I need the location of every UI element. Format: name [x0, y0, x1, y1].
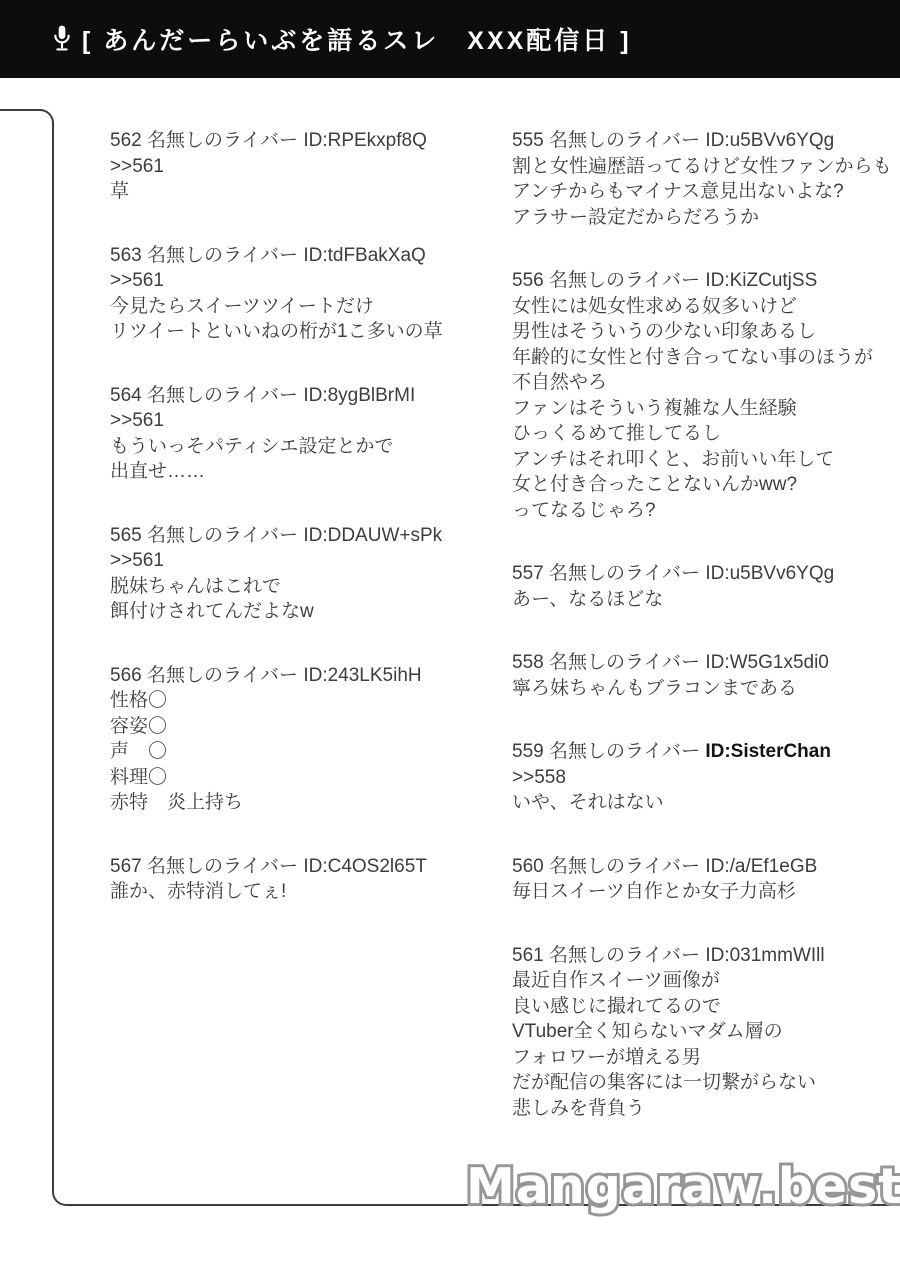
- post-556: 556 名無しのライバー ID:KiZCutjSS 女性には処女性求める奴多いけ…: [512, 268, 897, 523]
- post-line: いや、それはない: [512, 790, 897, 816]
- post-line: 草: [110, 179, 495, 205]
- post-id: ID:/a/Ef1eGB: [705, 856, 817, 877]
- post-line: 脱妹ちゃんはこれで: [110, 574, 495, 600]
- post-body: 女性には処女性求める奴多いけど男性はそういうの少ない印象あるし年齢的に女性と付き…: [512, 294, 897, 524]
- post-558: 558 名無しのライバー ID:W5G1x5di0 寧ろ妹ちゃんもブラコンまであ…: [512, 650, 897, 701]
- post-body: あー、なるほどな: [512, 587, 897, 613]
- post-line: 年齢的に女性と付き合ってない事のほうが: [512, 345, 897, 371]
- post-header: 564 名無しのライバー ID:8ygBlBrMI: [110, 383, 495, 409]
- post-id: ID:DDAUW+sPk: [303, 525, 442, 546]
- post-id: ID:031mmWIll: [705, 945, 824, 966]
- post-number: 555: [512, 130, 544, 151]
- post-567: 567 名無しのライバー ID:C4OS2l65T 誰か、赤特消してぇ!: [110, 854, 495, 905]
- post-body: >>561草: [110, 154, 495, 205]
- post-number: 558: [512, 652, 544, 673]
- post-line: アンチはそれ叩くと、お前いい年して: [512, 447, 897, 473]
- site-watermark: Mangaraw.best: [466, 1158, 900, 1215]
- post-author-name: 名無しのライバー: [549, 945, 700, 966]
- post-line: 毎日スイーツ自作とか女子力高杉: [512, 879, 897, 905]
- post-header: 562 名無しのライバー ID:RPEkxpf8Q: [110, 128, 495, 154]
- post-line: アラサー設定だからだろうか: [512, 205, 897, 231]
- post-number: 561: [512, 945, 544, 966]
- post-564: 564 名無しのライバー ID:8ygBlBrMI >>561もういっそパティシ…: [110, 383, 495, 485]
- post-line: ってなるじゃろ?: [512, 498, 897, 524]
- post-line: 餌付けされてんだよなw: [110, 599, 495, 625]
- post-number: 560: [512, 856, 544, 877]
- panel-border-top: [0, 109, 54, 149]
- post-id: ID:u5BVv6YQg: [705, 130, 834, 151]
- post-id: ID:RPEkxpf8Q: [303, 130, 427, 151]
- post-author-name: 名無しのライバー: [549, 741, 700, 762]
- post-author-name: 名無しのライバー: [147, 665, 298, 686]
- post-number: 567: [110, 856, 142, 877]
- post-header: 565 名無しのライバー ID:DDAUW+sPk: [110, 523, 495, 549]
- post-body: 誰か、赤特消してぇ!: [110, 879, 495, 905]
- post-number: 559: [512, 741, 544, 762]
- post-body: 毎日スイーツ自作とか女子力高杉: [512, 879, 897, 905]
- post-number: 564: [110, 385, 142, 406]
- post-line: もういっそパティシエ設定とかで: [110, 434, 495, 460]
- post-line: 今見たらスイーツツイートだけ: [110, 294, 495, 320]
- post-560: 560 名無しのライバー ID:/a/Ef1eGB 毎日スイーツ自作とか女子力高…: [512, 854, 897, 905]
- post-566: 566 名無しのライバー ID:243LK5ihH 性格〇容姿〇声 〇料理〇赤特…: [110, 663, 495, 816]
- post-id: ID:KiZCutjSS: [705, 270, 817, 291]
- post-line: 女と付き合ったことないんかww?: [512, 472, 897, 498]
- thread-title: [ あんだーらいぶを語るスレ XXX配信日 ]: [82, 21, 632, 57]
- post-line: あー、なるほどな: [512, 587, 897, 613]
- post-id: ID:C4OS2l65T: [303, 856, 427, 877]
- post-author-name: 名無しのライバー: [549, 856, 700, 877]
- post-line: リツイートといいねの桁が1こ多いの草: [110, 319, 495, 345]
- post-559: 559 名無しのライバー ID:SisterChan >>558いや、それはない: [512, 739, 897, 816]
- post-id: ID:u5BVv6YQg: [705, 563, 834, 584]
- post-line: だが配信の集客には一切繋がらない: [512, 1070, 897, 1096]
- post-555: 555 名無しのライバー ID:u5BVv6YQg 割と女性遍歴語ってるけど女性…: [512, 128, 897, 230]
- post-line: 料理〇: [110, 765, 495, 791]
- post-557: 557 名無しのライバー ID:u5BVv6YQg あー、なるほどな: [512, 561, 897, 612]
- post-id: ID:tdFBakXaQ: [303, 245, 426, 266]
- post-body: 割と女性遍歴語ってるけど女性ファンからもアンチからもマイナス意見出ないよな?アラ…: [512, 154, 897, 231]
- post-number: 562: [110, 130, 142, 151]
- post-body: >>561もういっそパティシエ設定とかで出直せ……: [110, 408, 495, 485]
- post-author-name: 名無しのライバー: [147, 130, 298, 151]
- post-line: 良い感じに撮れてるので: [512, 994, 897, 1020]
- post-line: >>561: [110, 154, 495, 180]
- manga-page: [ あんだーらいぶを語るスレ XXX配信日 ] 562 名無しのライバー ID:…: [0, 0, 900, 1280]
- post-body: 寧ろ妹ちゃんもブラコンまである: [512, 676, 897, 702]
- microphone-icon: [52, 22, 72, 56]
- post-header: 560 名無しのライバー ID:/a/Ef1eGB: [512, 854, 897, 880]
- post-header: 557 名無しのライバー ID:u5BVv6YQg: [512, 561, 897, 587]
- post-author-name: 名無しのライバー: [147, 245, 298, 266]
- post-body: >>561脱妹ちゃんはこれで餌付けされてんだよなw: [110, 548, 495, 625]
- post-header: 558 名無しのライバー ID:W5G1x5di0: [512, 650, 897, 676]
- post-body: 最近自作スイーツ画像が良い感じに撮れてるのでVTuber全く知らないマダム層のフ…: [512, 968, 897, 1121]
- post-header: 559 名無しのライバー ID:SisterChan: [512, 739, 897, 765]
- post-header: 563 名無しのライバー ID:tdFBakXaQ: [110, 243, 495, 269]
- post-id: ID:W5G1x5di0: [705, 652, 829, 673]
- post-header: 555 名無しのライバー ID:u5BVv6YQg: [512, 128, 897, 154]
- post-line: 割と女性遍歴語ってるけど女性ファンからも: [512, 154, 897, 180]
- post-author-name: 名無しのライバー: [549, 563, 700, 584]
- post-line: 男性はそういうの少ない印象あるし: [512, 319, 897, 345]
- post-line: 不自然やろ: [512, 370, 897, 396]
- post-563: 563 名無しのライバー ID:tdFBakXaQ >>561今見たらスイーツツ…: [110, 243, 495, 345]
- post-line: 悲しみを背負う: [512, 1096, 897, 1122]
- post-line: ファンはそういう複雑な人生経験: [512, 396, 897, 422]
- post-author-name: 名無しのライバー: [147, 525, 298, 546]
- post-line: フォロワーが増える男: [512, 1045, 897, 1071]
- post-line: 赤特 炎上持ち: [110, 790, 495, 816]
- post-line: ひっくるめて推してるし: [512, 421, 897, 447]
- post-line: 出直せ……: [110, 459, 495, 485]
- post-number: 566: [110, 665, 142, 686]
- post-line: 女性には処女性求める奴多いけど: [512, 294, 897, 320]
- post-body: 性格〇容姿〇声 〇料理〇赤特 炎上持ち: [110, 688, 495, 816]
- post-body: >>558いや、それはない: [512, 765, 897, 816]
- post-line: VTuber全く知らないマダム層の: [512, 1019, 897, 1045]
- thread-column-right: 555 名無しのライバー ID:u5BVv6YQg 割と女性遍歴語ってるけど女性…: [512, 128, 897, 1159]
- post-number: 556: [512, 270, 544, 291]
- post-561: 561 名無しのライバー ID:031mmWIll 最近自作スイーツ画像が良い感…: [512, 943, 897, 1122]
- post-line: >>561: [110, 408, 495, 434]
- post-author-name: 名無しのライバー: [549, 130, 700, 151]
- post-header: 566 名無しのライバー ID:243LK5ihH: [110, 663, 495, 689]
- post-line: >>561: [110, 548, 495, 574]
- post-author-name: 名無しのライバー: [549, 270, 700, 291]
- post-header: 561 名無しのライバー ID:031mmWIll: [512, 943, 897, 969]
- post-line: 最近自作スイーツ画像が: [512, 968, 897, 994]
- post-number: 565: [110, 525, 142, 546]
- post-id: ID:8ygBlBrMI: [303, 385, 415, 406]
- post-562: 562 名無しのライバー ID:RPEkxpf8Q >>561草: [110, 128, 495, 205]
- post-author-name: 名無しのライバー: [549, 652, 700, 673]
- thread-title-bar: [ あんだーらいぶを語るスレ XXX配信日 ]: [0, 0, 900, 78]
- post-id-sisterchan: ID:SisterChan: [705, 741, 831, 762]
- thread-column-left: 562 名無しのライバー ID:RPEkxpf8Q >>561草 563 名無し…: [110, 128, 495, 943]
- post-565: 565 名無しのライバー ID:DDAUW+sPk >>561脱妹ちゃんはこれで…: [110, 523, 495, 625]
- post-line: >>558: [512, 765, 897, 791]
- post-line: 声 〇: [110, 739, 495, 765]
- post-author-name: 名無しのライバー: [147, 856, 298, 877]
- post-header: 556 名無しのライバー ID:KiZCutjSS: [512, 268, 897, 294]
- post-header: 567 名無しのライバー ID:C4OS2l65T: [110, 854, 495, 880]
- post-id: ID:243LK5ihH: [303, 665, 421, 686]
- post-author-name: 名無しのライバー: [147, 385, 298, 406]
- post-line: アンチからもマイナス意見出ないよな?: [512, 179, 897, 205]
- post-line: 性格〇: [110, 688, 495, 714]
- post-line: 誰か、赤特消してぇ!: [110, 879, 495, 905]
- post-number: 563: [110, 245, 142, 266]
- post-body: >>561今見たらスイーツツイートだけリツイートといいねの桁が1こ多いの草: [110, 268, 495, 345]
- post-line: >>561: [110, 268, 495, 294]
- post-line: 容姿〇: [110, 714, 495, 740]
- post-number: 557: [512, 563, 544, 584]
- post-line: 寧ろ妹ちゃんもブラコンまである: [512, 676, 897, 702]
